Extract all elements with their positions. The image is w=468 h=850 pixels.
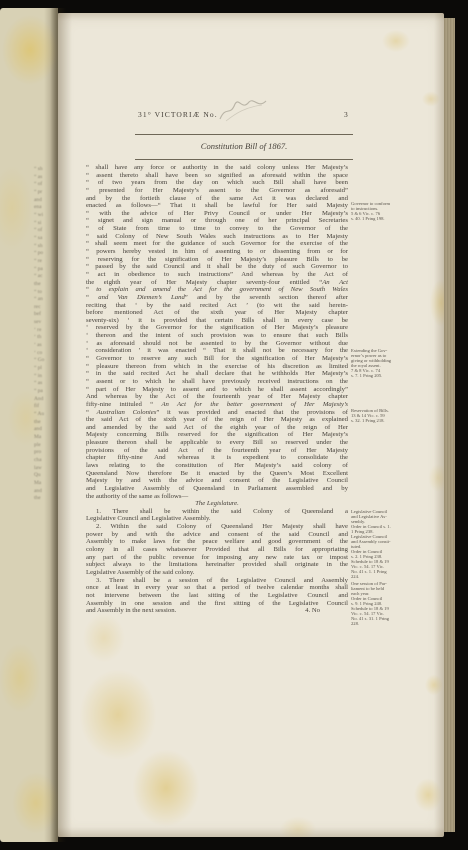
body-line: “ Governor to reserve any such Bill for …	[86, 355, 348, 363]
body-line: the authority of the same as follows—	[86, 493, 348, 501]
body-line: Majesty concerning Bills reserved for th…	[86, 431, 348, 439]
page-number: 3	[344, 110, 348, 119]
body-line: “ in the said recited Act he shall decla…	[86, 370, 348, 378]
body-line: the eighth year of Her Majesty chapter s…	[86, 279, 348, 287]
body-line: any part of the public revenue for impos…	[86, 554, 348, 562]
body-line: and by the fortieth clause of the same A…	[86, 195, 348, 203]
body-line: enacted as follows—“ That it shall be la…	[86, 202, 348, 210]
body-line: 2. Within the said Colony of Queensland …	[86, 523, 348, 531]
body-line: “ Australian Colonies” it was provided a…	[86, 409, 348, 417]
body-line: seventy-six) ‘ it is provided that certa…	[86, 317, 348, 325]
body-line: and Assembly in the next session.4. No	[86, 607, 348, 615]
margin-note: Legislative Counciland Assembly consti-t…	[351, 534, 423, 549]
body-line: Legislative Council and Legislative Asse…	[86, 515, 348, 523]
margin-note: Reservation of Bills.13 & 14 Vic. c. 59s…	[351, 408, 423, 423]
body-line: “ of State from time to time to convey t…	[86, 225, 348, 233]
margin-note-line: s. 32. 1 Pring 218.	[351, 418, 423, 423]
body-line: “ reserving for the signification of Her…	[86, 256, 348, 264]
body-line: “ passed by the said Council and it shal…	[86, 263, 348, 271]
handwritten-annotation	[216, 97, 270, 123]
body-text: “ shall have any force or authority in t…	[86, 164, 348, 615]
body-line: “ and Van Diemen’s Land” and by the seve…	[86, 294, 348, 302]
margin-note: Order in Council s. 1.1 Pring 238.	[351, 524, 423, 534]
body-line: colony in all cases whatsoever Provided …	[86, 546, 348, 554]
margin-note: Governor to conformto instructions.5 & 6…	[351, 201, 423, 221]
margin-note: Extending the Gov-ernor’s power as togiv…	[351, 348, 423, 378]
body-line: and Legislative Assembly of Queensland i…	[86, 485, 348, 493]
document-page: 31° VICTORIÆ No. 3 Constitution Bill of …	[58, 13, 444, 837]
volume-label: 31° VICTORIÆ No.	[138, 110, 218, 119]
body-line: Legislative Assembly of the said colony.	[86, 569, 348, 577]
body-line: “ shall seem meet for the guidance of su…	[86, 240, 348, 248]
body-line: “ powers hereby vested in him of assenti…	[86, 248, 348, 256]
body-line: before mentioned Act of the sixth year o…	[86, 309, 348, 317]
body-line: provisions of the said Act of the fourte…	[86, 447, 348, 455]
body-line: “ of two years from the day on which suc…	[86, 179, 348, 187]
body-line: “ with the advice of Her Privy Council o…	[86, 210, 348, 218]
body-line: And whereas by the Act of the fourteenth…	[86, 393, 348, 401]
body-line: laws relating to the constitution of Her…	[86, 462, 348, 470]
margin-note: Order in Councils. 2. 1 Pring 238.Schedu…	[351, 549, 423, 579]
body-line: Assembly in one session and the first si…	[86, 600, 348, 608]
body-line: “ shall have any force or authority in t…	[86, 164, 348, 172]
body-line: the said Act of the sixth year of the re…	[86, 416, 348, 424]
body-line: ‘ thereon and the intent of such provisi…	[86, 332, 348, 340]
body-line: “ presented for Her Majesty’s assent to …	[86, 187, 348, 195]
body-line: chapter fifty-nine And whereas it is exp…	[86, 454, 348, 462]
body-line: “ assent thereto shall have been so sign…	[86, 172, 348, 180]
body-line: “ part of Her Majesty to assent and to w…	[86, 386, 348, 394]
body-line: “ pleasure thereon from which in the exe…	[86, 363, 348, 371]
margin-note-line: 224.	[351, 574, 423, 579]
body-line: reciting that ‘ by the said recited Act …	[86, 302, 348, 310]
body-line: “ to explain and amend the Act for the g…	[86, 286, 348, 294]
section-heading: The Legislature.	[86, 500, 348, 508]
body-line: Majesty by and with the advice and conse…	[86, 477, 348, 485]
page-fore-edge	[444, 18, 455, 832]
margin-note-line: 228.	[351, 621, 423, 626]
body-line: fifty-nine intituled “ An Act for the be…	[86, 401, 348, 409]
body-line-text: and Assembly in the next session.	[86, 607, 176, 615]
header-rule-bottom	[135, 159, 353, 160]
body-line: “ signet and sign manual or through one …	[86, 217, 348, 225]
margin-note-line: s. 40. 1 Pring 198.	[351, 216, 423, 221]
body-line: “ act in obedience to such instructions”…	[86, 271, 348, 279]
body-line: pleasure thereon shall be applicable to …	[86, 439, 348, 447]
body-line: Assembly to make laws for the peace welf…	[86, 538, 348, 546]
book-photo: “ sh“ as“ of“ prandena“ wi“ si“ of“ sa“ …	[0, 0, 468, 850]
body-line: once at least in every year so that a pe…	[86, 584, 348, 592]
body-line: not intervene between the last sitting o…	[86, 592, 348, 600]
body-line: “ said Colony of New South Wales such in…	[86, 233, 348, 241]
header-rule-top	[135, 134, 353, 135]
catchword: 4. No	[305, 607, 320, 615]
body-line: “ assent or to which he shall have previ…	[86, 378, 348, 386]
body-line: power by and with the advice and consent…	[86, 531, 348, 539]
margin-note-line: s. 7. 1 Pring 205.	[351, 373, 423, 378]
body-line: ‘ consideration ’ it was enacted “ That …	[86, 347, 348, 355]
margin-note: Legislative Counciland Legislative As-se…	[351, 509, 423, 524]
document-title: Constitution Bill of 1867.	[135, 141, 353, 151]
body-line: ‘ reserved by the Governor for the signi…	[86, 324, 348, 332]
body-line: subject always to the limitations herein…	[86, 561, 348, 569]
margin-note: One session of Par-liament to be heldeac…	[351, 581, 423, 626]
body-line: and amended by the said Act of the eight…	[86, 424, 348, 432]
body-line: Queensland Now therefore Be it enacted b…	[86, 470, 348, 478]
body-line: 3. There shall be a session of the Legis…	[86, 577, 348, 585]
body-line: ‘ as aforesaid should not be assented to…	[86, 340, 348, 348]
body-line: 1. There shall be within the said Colony…	[86, 508, 348, 516]
